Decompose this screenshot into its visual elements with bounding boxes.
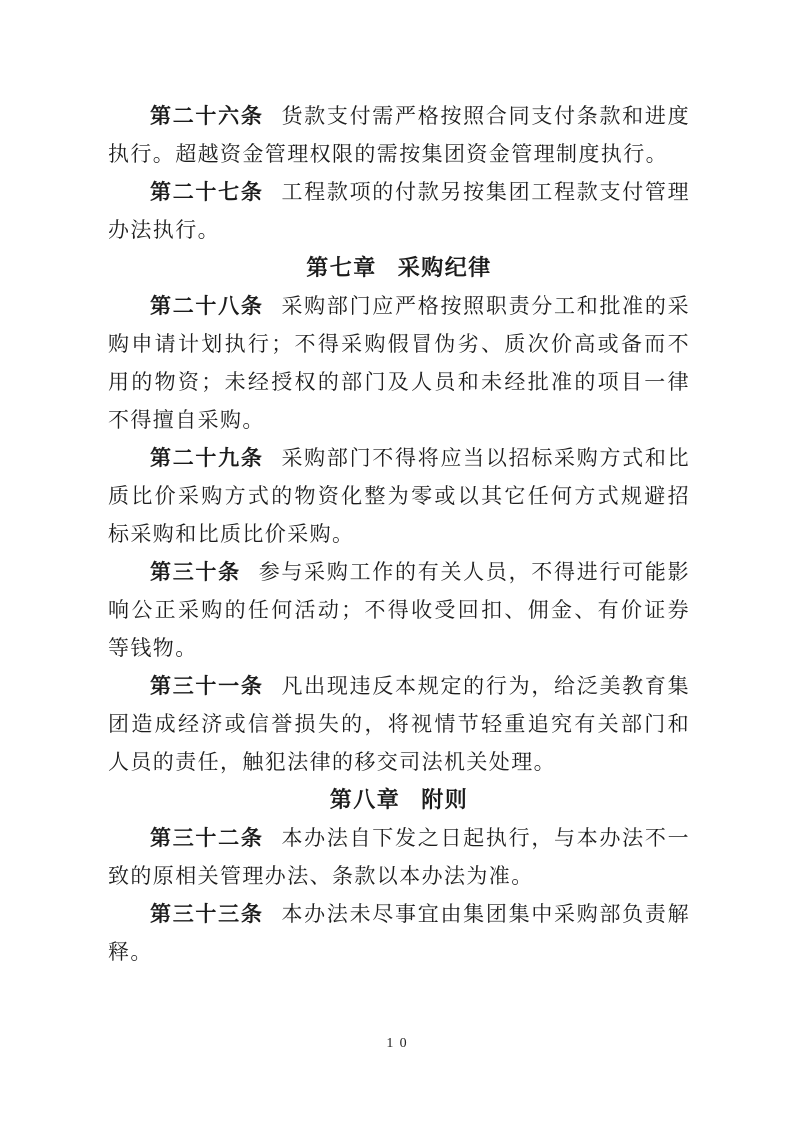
document-body: 第二十六条货款支付需严格按照合同支付条款和进度执行。超越资金管理权限的需按集团资… — [108, 97, 690, 971]
chapter-heading: 第七章采购纪律 — [108, 249, 690, 287]
chapter-number: 第七章 — [306, 255, 377, 280]
article-number: 第二十八条 — [150, 294, 264, 318]
article-number: 第二十九条 — [150, 446, 264, 470]
article-paragraph: 第三十条参与采购工作的有关人员，不得进行可能影响公正采购的任何活动；不得收受回扣… — [108, 553, 690, 667]
chapter-number: 第八章 — [330, 787, 401, 812]
chapter-heading: 第八章附则 — [108, 781, 690, 819]
article-number: 第三十二条 — [150, 826, 264, 850]
article-paragraph: 第二十九条采购部门不得将应当以招标采购方式和比质比价采购方式的物资化整为零或以其… — [108, 439, 690, 553]
article-number: 第二十六条 — [150, 104, 264, 128]
article-paragraph: 第三十三条本办法未尽事宜由集团集中采购部负责解释。 — [108, 895, 690, 971]
chapter-title: 采购纪律 — [398, 255, 492, 280]
chapter-title: 附则 — [421, 787, 468, 812]
article-number: 第三十条 — [150, 560, 241, 584]
article-number: 第三十三条 — [150, 902, 264, 926]
article-number: 第二十七条 — [150, 180, 264, 204]
article-paragraph: 第三十二条本办法自下发之日起执行，与本办法不一致的原相关管理办法、条款以本办法为… — [108, 819, 690, 895]
article-paragraph: 第二十八条采购部门应严格按照职责分工和批准的采购申请计划执行；不得采购假冒伪劣、… — [108, 287, 690, 439]
article-paragraph: 第三十一条凡出现违反本规定的行为，给泛美教育集团造成经济或信誉损失的，将视情节轻… — [108, 667, 690, 781]
document-page: 第二十六条货款支付需严格按照合同支付条款和进度执行。超越资金管理权限的需按集团资… — [0, 0, 793, 1122]
article-paragraph: 第二十七条工程款项的付款另按集团工程款支付管理办法执行。 — [108, 173, 690, 249]
page-number: 10 — [0, 1036, 793, 1052]
article-paragraph: 第二十六条货款支付需严格按照合同支付条款和进度执行。超越资金管理权限的需按集团资… — [108, 97, 690, 173]
article-number: 第三十一条 — [150, 674, 264, 698]
